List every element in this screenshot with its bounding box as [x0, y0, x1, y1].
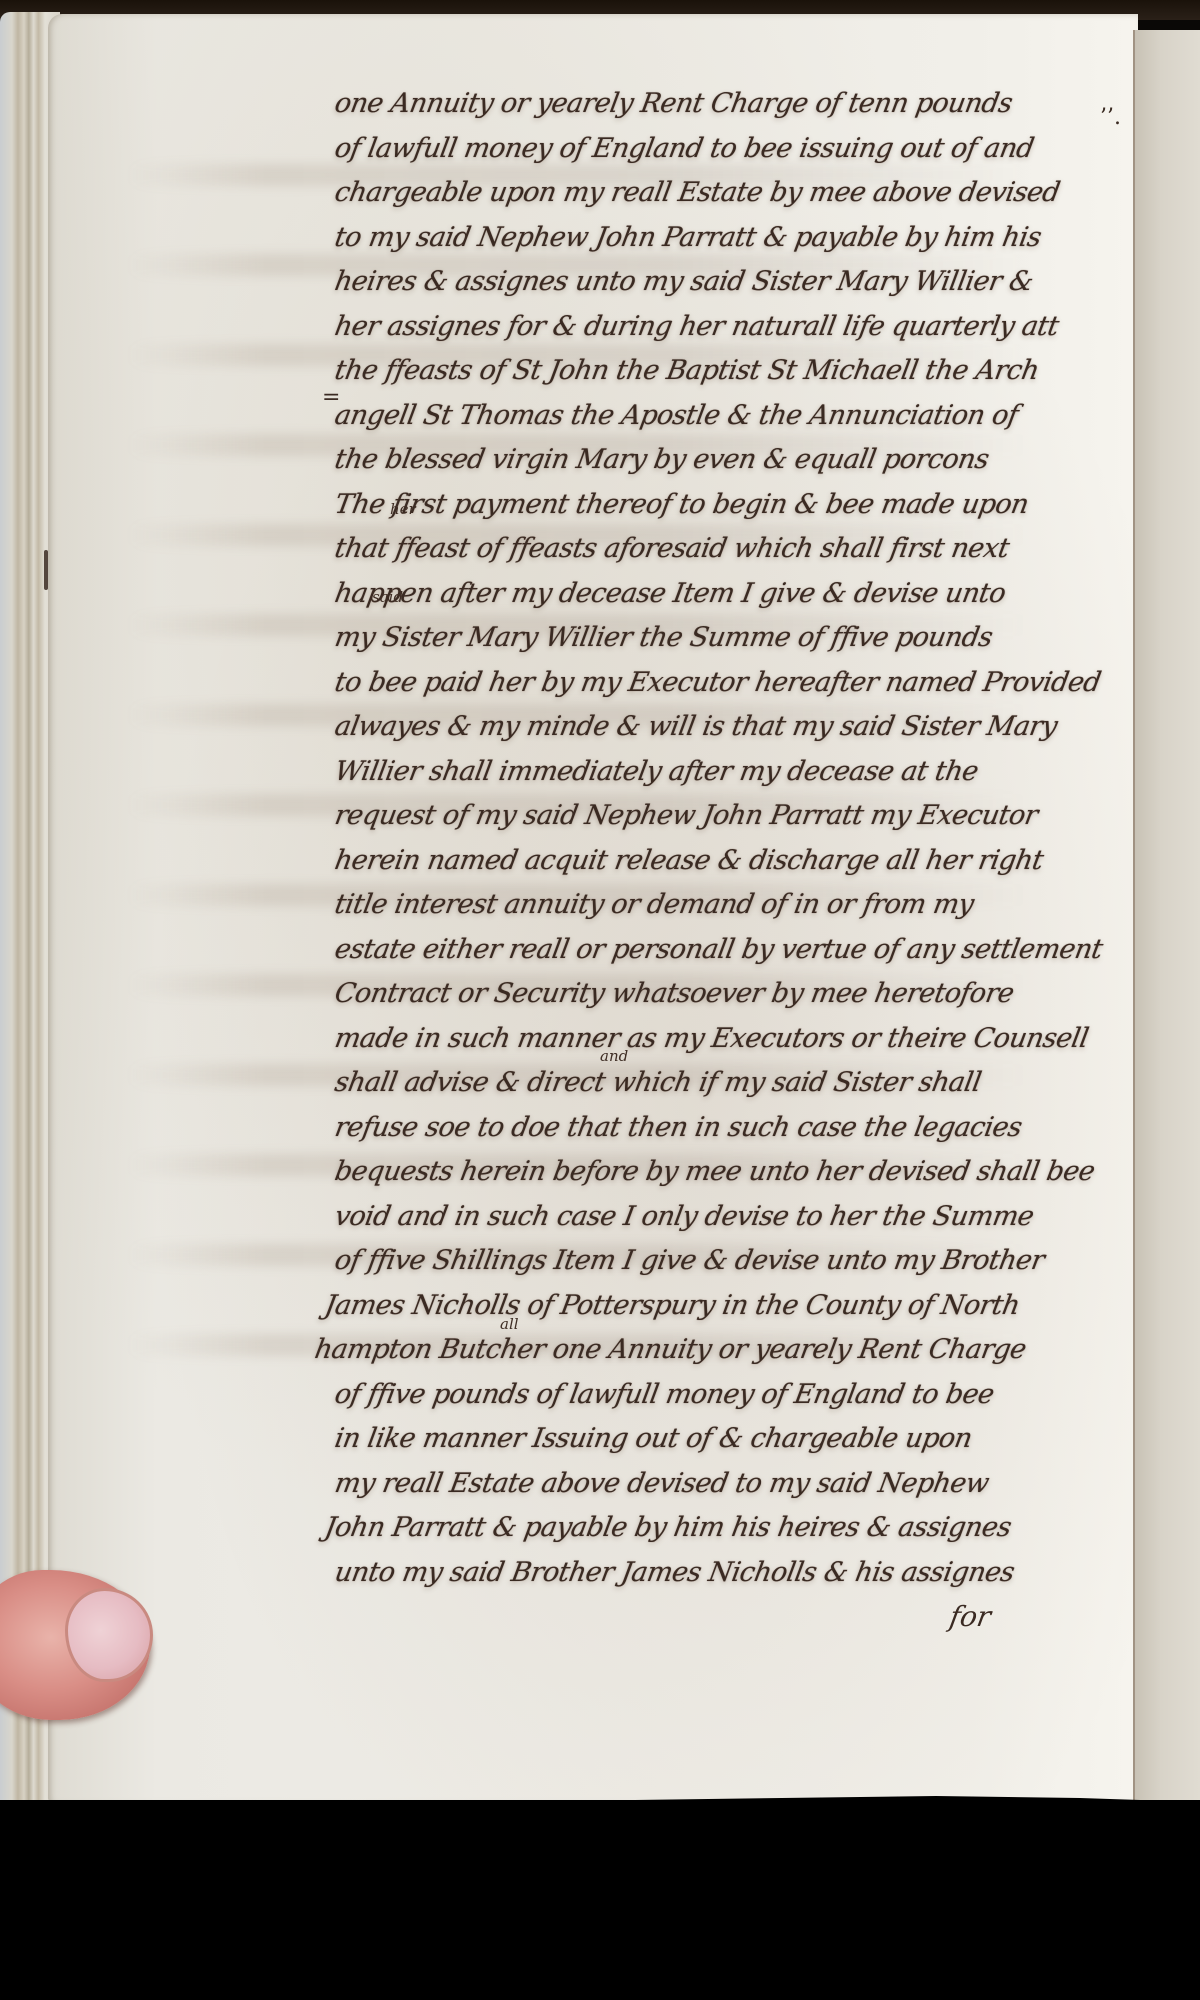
text-line: to bee paid her by my Executor hereafter… [330, 667, 1148, 712]
catchword: for [947, 1600, 993, 1633]
text-line: title interest annuity or demand of in o… [330, 889, 1148, 934]
text-line: made in such manner as my Executors or t… [330, 1023, 1148, 1068]
text-line: my reall Estate above devised to my said… [330, 1468, 1148, 1513]
text-line: heires & assignes unto my said Sister Ma… [330, 266, 1148, 311]
text-line: of ffive Shillings Item I give & devise … [330, 1245, 1148, 1290]
text-line: in like manner Issuing out of & chargeab… [330, 1423, 1148, 1468]
manuscript-photograph: one Annuity or yearely Rent Charge of te… [0, 0, 1200, 2000]
text-line: the ffeasts of St John the Baptist St Mi… [330, 355, 1148, 400]
thumbnail-nail [65, 1588, 153, 1682]
interlinear-insertion: and [600, 1047, 628, 1065]
text-line: of ffive pounds of lawfull money of Engl… [330, 1379, 1148, 1424]
text-line: shall advise & direct which if my said S… [330, 1067, 1148, 1112]
text-line: The first payment thereof to begin & bee… [330, 489, 1148, 534]
text-line: one Annuity or yearely Rent Charge of te… [330, 88, 1148, 133]
manuscript-text: one Annuity or yearely Rent Charge of te… [330, 88, 1140, 1601]
text-line: hampton Butcher one Annuity or yearely R… [310, 1334, 1148, 1379]
text-line: that ffeast of ffeasts aforesaid which s… [330, 533, 1148, 578]
text-line: chargeable upon my reall Estate by mee a… [330, 177, 1148, 222]
margin-note: ’’. [1100, 105, 1121, 130]
text-line: happen after my decease Item I give & de… [330, 578, 1148, 623]
margin-ink-mark [44, 550, 48, 590]
text-line: Contract or Security whatsoever by mee h… [330, 978, 1148, 1023]
text-line: bequests herein before by mee unto her d… [330, 1156, 1148, 1201]
text-line: request of my said Nephew John Parratt m… [330, 800, 1148, 845]
text-line: refuse soe to doe that then in such case… [330, 1112, 1148, 1157]
interlinear-insertion: said [372, 588, 403, 606]
text-line: unto my said Brother James Nicholls & hi… [330, 1557, 1148, 1602]
text-line: the blessed virgin Mary by even & equall… [330, 444, 1148, 489]
facing-page-edge [1135, 30, 1200, 1820]
text-line: her assignes for & during her naturall l… [330, 311, 1148, 356]
text-line: John Parratt & payable by him his heires… [320, 1512, 1148, 1557]
text-line: my Sister Mary Willier the Summe of ffiv… [330, 622, 1148, 667]
text-line: estate either reall or personall by vert… [330, 934, 1148, 979]
text-line: angell St Thomas the Apostle & the Annun… [330, 400, 1148, 445]
text-line: to my said Nephew John Parratt & payable… [330, 222, 1148, 267]
text-line: James Nicholls of Potterspury in the Cou… [320, 1290, 1148, 1335]
text-line: void and in such case I only devise to h… [330, 1201, 1148, 1246]
dark-background [0, 1800, 1200, 2000]
text-line: Willier shall immediately after my decea… [330, 756, 1148, 801]
margin-note: = [322, 385, 340, 410]
text-line: herein named acquit release & discharge … [330, 845, 1148, 890]
text-line: alwayes & my minde & will is that my sai… [330, 711, 1148, 756]
interlinear-insertion: her [390, 500, 416, 518]
interlinear-insertion: all [500, 1315, 519, 1333]
text-line: of lawfull money of England to bee issui… [330, 133, 1148, 178]
